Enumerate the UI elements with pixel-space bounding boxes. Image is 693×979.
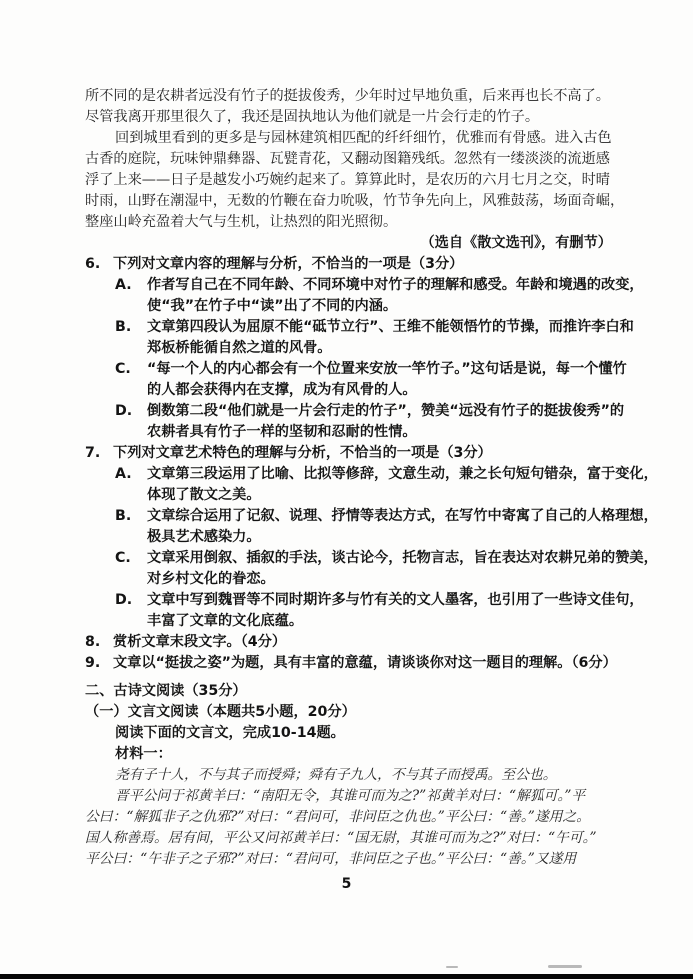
classical-text-line: 公曰：“解狐非子之仇邪?”对曰：“君问可，非问臣之仇也。”平公曰：“善。”遂用之… [85,807,612,828]
classical-text-line-text: 尧有子十人，不与其子而授舜；舜有子九人，不与其子而授禹。至公也。 [115,767,557,783]
material-label-text: 材料一： [115,746,172,762]
option-line-number: D. [115,590,147,611]
option-line-text: 倒数第二段“他们就是一片会行走的竹子”，赞美“远没有竹子的挺拔俊秀”的 [147,403,624,419]
option-line: C.“每一个人的内心都会有一个位置来安放一竿竹子。”这句话是说，每一个懂竹 [85,359,612,380]
source-attribution-text: （选自《散文选刊》，有删节） [420,235,612,251]
option-line-number: B. [115,317,147,338]
instruction-line-text: 阅读下面的文言文，完成10-14题。 [115,725,345,741]
classical-text-line-text: 国人称善焉。居有间，平公又问祁黄羊曰：“国无尉，其谁可而为之?”对曰：“午可。” [85,830,597,846]
option-line: D.文章中写到魏晋等不同时期许多与竹有关的文人墨客，也引用了一些诗文佳句， [85,590,612,611]
essay-line: 时雨，山野在潮湿中，无数的竹鞭在奋力吮吸，竹节争先向上，风雅鼓荡，场面奇崛， [85,191,612,212]
option-line-text: 文章采用倒叙、插叙的手法，谈古论今，托物言志，旨在表达对农耕兄弟的赞美， [147,550,658,566]
scan-artifact [446,966,458,968]
question-stem-text: 赏析文章末段文字。（4分） [113,634,286,650]
subsection-heading: （一）文言文阅读（本题共5小题，20分） [85,702,612,723]
classical-text-line: 平公曰：“午非子之子邪?”对曰：“君问可，非问臣之子也。”平公曰：“善。”又遂用 [85,849,612,870]
option-line: A.作者写自己在不同年龄、不同环境中对竹子的理解和感受。年龄和境遇的改变， [85,275,612,296]
essay-line: 回到城里看到的更多是与园林建筑相匹配的纤纤细竹，优雅而有骨感。进入古色 [85,128,612,149]
essay-line: 浮了上来——日子是越发小巧婉约起来了。算算此时，是农历的六月七月之交，时晴 [85,170,612,191]
question-stem-text: 下列对文章艺术特色的理解与分析，不恰当的一项是（3分） [113,445,492,461]
option-line-text: 文章第三段运用了比喻、比拟等修辞，文意生动，兼之长句短句错杂，富于变化， [147,466,658,482]
question-stem: 8.赏析文章末段文字。（4分） [85,632,612,653]
option-continuation: 对乡村文化的眷恋。 [85,569,612,590]
option-line-number: B. [115,506,147,527]
option-line-text: 作者写自己在不同年龄、不同环境中对竹子的理解和感受。年龄和境遇的改变， [147,277,644,293]
page-number: 5 [0,876,693,892]
option-line-text: “每一个人的内心都会有一个位置来安放一竿竹子。”这句话是说，每一个懂竹 [147,361,627,377]
source-attribution: （选自《散文选刊》，有删节） [85,233,612,254]
option-continuation: 极具艺术感染力。 [85,527,612,548]
subsection-heading-text: （一）文言文阅读（本题共5小题，20分） [85,704,356,720]
section-heading-text: 二、古诗文阅读（35分） [85,683,247,699]
essay-line-text: 回到城里看到的更多是与园林建筑相匹配的纤纤细竹，优雅而有骨感。进入古色 [115,130,612,146]
question-stem-number: 9. [85,653,113,674]
question-stem: 6.下列对文章内容的理解与分析，不恰当的一项是（3分） [85,254,612,275]
essay-line: 古香的庭院，玩味钟鼎彝器、瓦甓青花，又翻动图籍残纸。忽然有一缕淡淡的流逝感 [85,149,612,170]
option-line: A.文章第三段运用了比喻、比拟等修辞，文意生动，兼之长句短句错杂，富于变化， [85,464,612,485]
option-continuation: 丰富了文章的文化底蕴。 [85,611,612,632]
essay-line: 整座山岭充盈着大气与生机，让热烈的阳光照彻。 [85,212,612,233]
essay-line-text: 尽管我离开那里很久了，我还是固执地认为他们就是一片会行走的竹子。 [85,109,539,125]
document-page: 所不同的是农耕者远没有竹子的挺拔俊秀，少年时过早地负重，后来再也长不高了。尽管我… [0,0,693,979]
essay-line: 所不同的是农耕者远没有竹子的挺拔俊秀，少年时过早地负重，后来再也长不高了。 [85,86,612,107]
classical-text-line-text: 公曰：“解狐非子之仇邪?”对曰：“君问可，非问臣之仇也。”平公曰：“善。”遂用之… [85,809,590,825]
option-continuation-text: 使“我”在竹子中“读”出了不同的内涵。 [147,298,397,314]
classical-text-line-text: 晋平公问于祁黄羊曰：“南阳无令，其谁可而为之?”祁黄羊对曰：“解狐可。”平 [115,788,585,804]
question-stem-number: 8. [85,632,113,653]
option-line-number: A. [115,275,147,296]
question-stem: 9.文章以“挺拔之姿”为题，具有丰富的意蕴，请谈谈你对这一题目的理解。（6分） [85,653,612,674]
option-continuation-text: 对乡村文化的眷恋。 [147,571,275,587]
option-continuation-text: 的人都会获得内在支撑，成为有风骨的人。 [147,382,417,398]
question-stem-text: 文章以“挺拔之姿”为题，具有丰富的意蕴，请谈谈你对这一题目的理解。（6分） [113,655,617,671]
question-stem-number: 7. [85,443,113,464]
question-stem: 7.下列对文章艺术特色的理解与分析，不恰当的一项是（3分） [85,443,612,464]
instruction-line: 阅读下面的文言文，完成10-14题。 [85,723,612,744]
option-line-number: D. [115,401,147,422]
question-stem-number: 6. [85,254,113,275]
option-line: C.文章采用倒叙、插叙的手法，谈古论今，托物言志，旨在表达对农耕兄弟的赞美， [85,548,612,569]
essay-line-text: 时雨，山野在潮湿中，无数的竹鞭在奋力吮吸，竹节争先向上，风雅鼓荡，场面奇崛， [85,193,624,209]
option-line-text: 文章综合运用了记叙、说理、抒情等表达方式，在写竹中寄寓了自己的人格理想， [147,508,658,524]
material-label: 材料一： [85,744,612,765]
classical-text-line: 晋平公问于祁黄羊曰：“南阳无令，其谁可而为之?”祁黄羊对曰：“解狐可。”平 [85,786,612,807]
option-continuation: 的人都会获得内在支撑，成为有风骨的人。 [85,380,612,401]
essay-line: 尽管我离开那里很久了，我还是固执地认为他们就是一片会行走的竹子。 [85,107,612,128]
option-continuation: 使“我”在竹子中“读”出了不同的内涵。 [85,296,612,317]
scan-artifact [548,965,582,968]
essay-line-text: 所不同的是农耕者远没有竹子的挺拔俊秀，少年时过早地负重，后来再也长不高了。 [85,88,610,104]
option-continuation-text: 丰富了文章的文化底蕴。 [147,613,303,629]
option-line: D.倒数第二段“他们就是一片会行走的竹子”，赞美“远没有竹子的挺拔俊秀”的 [85,401,612,422]
question-stem-text: 下列对文章内容的理解与分析，不恰当的一项是（3分） [113,256,463,272]
option-line-number: A. [115,464,147,485]
option-line-text: 文章第四段认为屈原不能“砥节立行”、王维不能领悟竹的节操，而推许李白和 [147,319,634,335]
option-continuation-text: 体现了散文之美。 [147,487,261,503]
option-line: B.文章综合运用了记叙、说理、抒情等表达方式，在写竹中寄寓了自己的人格理想， [85,506,612,527]
essay-line-text: 古香的庭院，玩味钟鼎彝器、瓦甓青花，又翻动图籍残纸。忽然有一缕淡淡的流逝感 [85,151,610,167]
option-line-number: C. [115,359,147,380]
section-heading: 二、古诗文阅读（35分） [85,681,612,702]
essay-line-text: 整座山岭充盈着大气与生机，让热烈的阳光照彻。 [85,214,397,230]
classical-text-line: 国人称善焉。居有间，平公又问祁黄羊曰：“国无尉，其谁可而为之?”对曰：“午可。” [85,828,612,849]
content: 所不同的是农耕者远没有竹子的挺拔俊秀，少年时过早地负重，后来再也长不高了。尽管我… [85,86,612,870]
option-continuation-text: 极具艺术感染力。 [147,529,261,545]
option-continuation: 体现了散文之美。 [85,485,612,506]
scan-edge-bar [0,974,693,979]
option-line-text: 文章中写到魏晋等不同时期许多与竹有关的文人墨客，也引用了一些诗文佳句， [147,592,644,608]
option-continuation: 农耕者具有竹子一样的坚韧和忍耐的性情。 [85,422,612,443]
essay-line-text: 浮了上来——日子是越发小巧婉约起来了。算算此时，是农历的六月七月之交，时晴 [85,172,610,188]
option-line-number: C. [115,548,147,569]
option-continuation-text: 农耕者具有竹子一样的坚韧和忍耐的性情。 [147,424,417,440]
classical-text-line: 尧有子十人，不与其子而授舜；舜有子九人，不与其子而授禹。至公也。 [85,765,612,786]
classical-text-line-text: 平公曰：“午非子之子邪?”对曰：“君问可，非问臣之子也。”平公曰：“善。”又遂用 [85,851,576,867]
option-continuation: 郑板桥能循自然之道的风骨。 [85,338,612,359]
option-continuation-text: 郑板桥能循自然之道的风骨。 [147,340,331,356]
option-line: B.文章第四段认为屈原不能“砥节立行”、王维不能领悟竹的节操，而推许李白和 [85,317,612,338]
